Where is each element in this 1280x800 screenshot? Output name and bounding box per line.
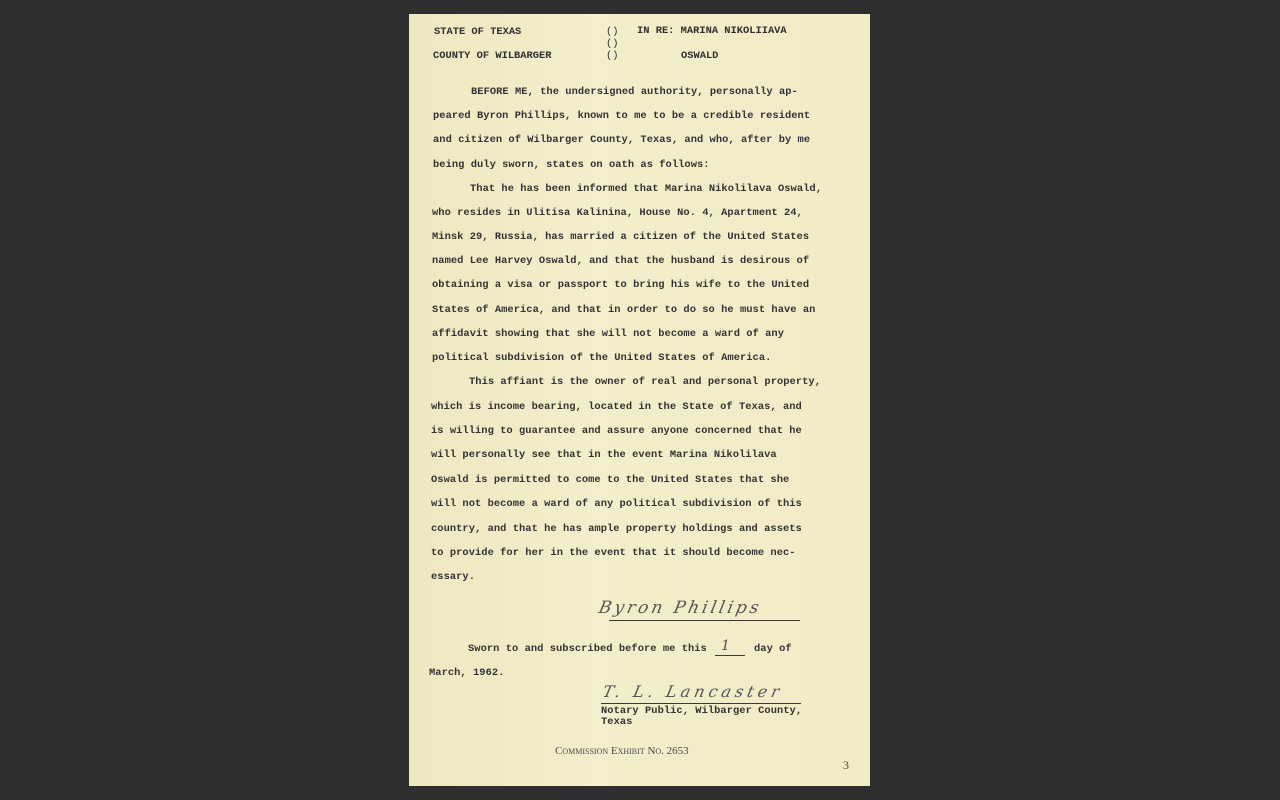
body-line: BEFORE ME, the undersigned authority, pe… [471,86,798,98]
header-county: COUNTY OF WILBARGER [433,50,551,62]
affiant-signature: Byron Phillips [597,598,764,618]
jurat-day-line [715,655,745,656]
header-in-re: IN RE: MARINA NIKOLIIAVA [637,25,787,37]
body-line: will not become a ward of any political … [431,498,802,510]
body-line: peared Byron Phillips, known to me to be… [433,110,810,122]
header-bracket-3: () [606,50,618,62]
body-line: named Lee Harvey Oswald, and that the hu… [432,255,809,267]
jurat-line-2: March, 1962. [429,667,504,679]
body-line: will personally see that in the event Ma… [431,449,777,461]
document-page: STATE OF TEXAS COUNTY OF WILBARGER () ()… [409,14,870,786]
body-line: country, and that he has ample property … [431,523,802,535]
body-line: Minsk 29, Russia, has married a citizen … [432,231,809,243]
jurat-line-1: Sworn to and subscribed before me this [468,643,707,655]
header-bracket-1: () [606,26,618,38]
document-viewer: STATE OF TEXAS COUNTY OF WILBARGER () ()… [0,0,1280,800]
body-line: is willing to guarantee and assure anyon… [431,425,802,437]
affiant-signature-line [609,620,800,621]
notary-title-2: Texas [601,716,632,728]
body-line: which is income bearing, located in the … [431,401,802,413]
notary-signature-line [601,703,801,704]
body-line: and citizen of Wilbarger County, Texas, … [433,134,810,146]
body-line: affidavit showing that she will not beco… [432,328,784,340]
header-oswald: OSWALD [681,50,718,62]
body-line: Oswald is permitted to come to the Unite… [431,474,789,486]
body-line: political subdivision of the United Stat… [432,352,771,364]
body-line: being duly sworn, states on oath as foll… [433,159,710,171]
body-line: This affiant is the owner of real and pe… [469,376,821,388]
body-line: States of America, and that in order to … [432,304,815,316]
exhibit-caption: Commission Exhibit No. 2653 [555,745,689,757]
header-bracket-2: () [606,38,618,50]
body-line: who resides in Ulitisa Kalinina, House N… [432,207,803,219]
body-line: essary. [431,571,475,583]
body-line: to provide for her in the event that it … [431,547,796,559]
page-number: 3 [843,758,849,773]
jurat-day-handwritten: 1 [721,638,730,654]
header-state: STATE OF TEXAS [434,26,521,38]
body-line: obtaining a visa or passport to bring hi… [432,279,809,291]
notary-signature: T. L. Lancaster [601,682,785,701]
body-line: That he has been informed that Marina Ni… [470,183,822,195]
jurat-day-of: day of [754,643,792,655]
